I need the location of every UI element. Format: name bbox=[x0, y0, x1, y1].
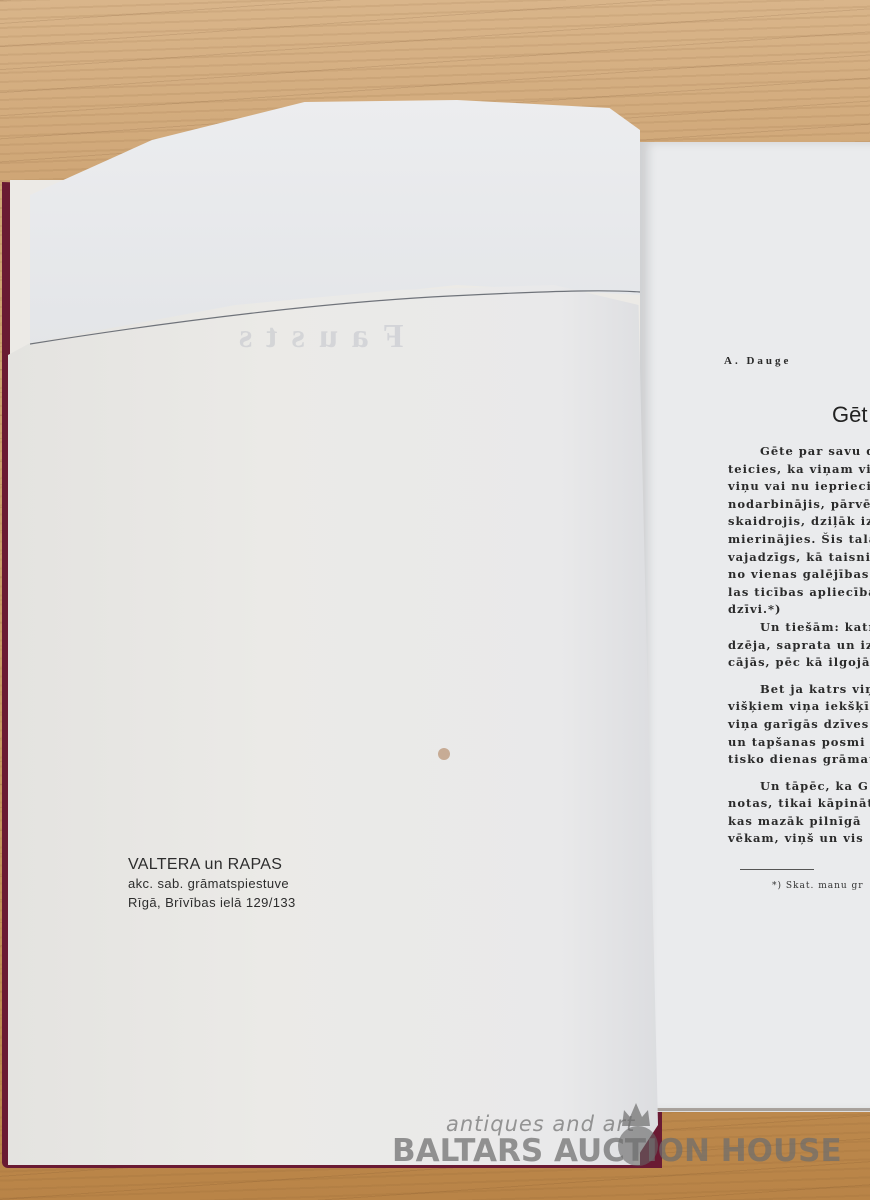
text-line: vajadzīgs, kā taisni vi bbox=[728, 549, 870, 567]
foxing-stain bbox=[438, 748, 450, 760]
text-line: višķiem viņa iekšķīg bbox=[728, 698, 870, 716]
text-line: las ticības apliecības bbox=[728, 584, 870, 602]
footnote-rule bbox=[740, 869, 814, 870]
text-line: no vienas galējības otr bbox=[728, 566, 870, 584]
author-name: A. Dauge bbox=[724, 355, 791, 367]
flyleaf-page bbox=[8, 285, 658, 1165]
text-line: skaidrojis, dziļāk izpra bbox=[728, 513, 870, 531]
text-line: un tapšanas posmi bbox=[728, 734, 870, 752]
text-line: dzīvi.*) bbox=[728, 601, 870, 619]
watermark-brand: BALTARS AUCTION HOUSE bbox=[392, 1133, 842, 1169]
text-line: Bet ja katrs viņa bbox=[728, 681, 870, 699]
text-line: cājās, pēc kā ilgojās. bbox=[728, 654, 870, 672]
printer-address: Rīgā, Brīvības ielā 129/133 bbox=[128, 893, 296, 912]
footnote: *) Skat. manu gr bbox=[772, 881, 864, 891]
text-line: teicies, ka viņam visu bbox=[728, 461, 870, 479]
page-shadow bbox=[656, 1108, 870, 1111]
body-text: Gēte par savu dze teicies, ka viņam visu… bbox=[728, 443, 870, 848]
printer-type: akc. sab. grāmatspiestuve bbox=[128, 874, 296, 893]
text-line: tisko dienas grāmat bbox=[728, 751, 870, 769]
text-line: viņu vai nu iepriecinā bbox=[728, 478, 870, 496]
showthrough-title: Fausts bbox=[225, 318, 403, 356]
text-line: Un tāpēc, ka G bbox=[728, 778, 870, 796]
text-line: vēkam, viņš un vis bbox=[728, 830, 870, 848]
text-line: viņa garīgās dzīves bbox=[728, 716, 870, 734]
printer-imprint: VALTERA un RAPAS akc. sab. grāmatspiestu… bbox=[128, 855, 296, 912]
text-line: mierinājies. Šis talant bbox=[728, 531, 870, 549]
text-line: dzēja, saprata un izju bbox=[728, 637, 870, 655]
text-line: nodarbinājis, pārvērst bbox=[728, 496, 870, 514]
text-line: Un tiešām: katr bbox=[728, 619, 870, 637]
crown-icon bbox=[620, 1102, 652, 1128]
printer-name: VALTERA un RAPAS bbox=[128, 855, 296, 874]
text-line: Gēte par savu dze bbox=[728, 443, 870, 461]
text-line: kas mazāk pilnīgā bbox=[728, 813, 870, 831]
text-line: notas, tikai kāpināt bbox=[728, 795, 870, 813]
chapter-heading: Gēt bbox=[832, 402, 867, 428]
